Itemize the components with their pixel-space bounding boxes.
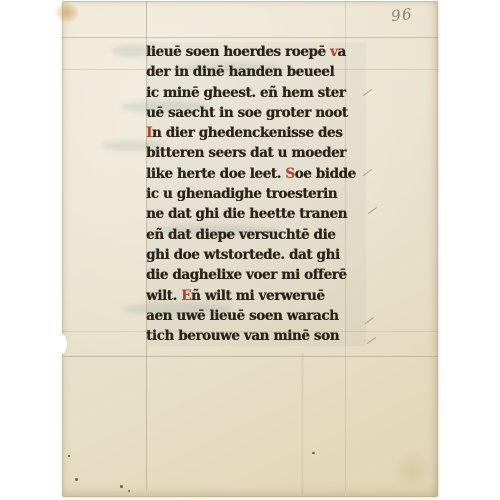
line-text: uē saecht in soe groter noot [146, 105, 348, 121]
speck [312, 452, 315, 454]
line-text: der in dinē handen beueel [146, 64, 334, 80]
text-line: die daghelixe voer mi offerē [146, 265, 366, 285]
line-text: lieuē soen hoerdes roepē [146, 44, 330, 60]
text-line: lieuē soen hoerdes roepē va [146, 42, 366, 62]
speck [68, 455, 70, 457]
rubricated-initial: E [181, 288, 191, 304]
speck [75, 478, 78, 481]
line-text: n dier ghedenckenisse des [152, 125, 342, 141]
text-line: In dier ghedenckenisse des [146, 123, 366, 143]
line-text: die daghelixe voer mi offerē [146, 267, 347, 283]
text-line: ghi doe wtstortede. dat ghi [146, 245, 366, 265]
line-text: a [337, 44, 345, 60]
folio-number: 96 [390, 5, 414, 26]
line-text: ñ wilt mi verweruē [191, 288, 325, 304]
line-text: tich berouwe van minē son [146, 328, 339, 344]
crease [302, 353, 303, 495]
text-line: like herte doe leet. Soe bidde [146, 164, 366, 184]
text-line: bitteren seers dat u moeder [146, 143, 366, 163]
ruling-line-horizontal-bottom [62, 356, 438, 357]
text-line: tich berouwe van minē son [146, 326, 366, 346]
line-text: ne dat ghi die heette tranen [146, 206, 347, 222]
text-line: ne dat ghi die heette tranen [146, 204, 366, 224]
hairline-mark [368, 207, 378, 214]
line-text: oe bidde [295, 166, 356, 182]
speck [128, 490, 130, 492]
line-text: wilt. [146, 288, 181, 304]
text-line: ic u ghenadighe troesterin [146, 184, 366, 204]
line-text: eñ dat diepe versuchtē die [146, 227, 335, 243]
line-text: ic u ghenadighe troesterin [146, 186, 337, 202]
text-line: wilt. Eñ wilt mi verweruē [146, 286, 366, 306]
text-line: ic minē gheest. eñ hem ster [146, 83, 366, 103]
photo-background: 96 lieuē soen hoerdes roepē va der in di… [0, 0, 500, 500]
stain [51, 0, 83, 26]
line-text: bitteren seers dat u moeder [146, 145, 346, 161]
speck [120, 485, 123, 488]
text-block: lieuē soen hoerdes roepē va der in dinē … [146, 42, 366, 346]
manuscript-leaf: 96 lieuē soen hoerdes roepē va der in di… [62, 1, 438, 497]
line-text: like herte doe leet. [146, 166, 285, 182]
text-line: uē saecht in soe groter noot [146, 103, 366, 123]
ruling-line-horizontal-top [62, 37, 438, 38]
rubricated-initial: S [285, 166, 294, 182]
line-text: ic minē gheest. eñ hem ster [146, 85, 345, 101]
text-line: eñ dat diepe versuchtē die [146, 225, 366, 245]
text-line: der in dinē handen beueel [146, 62, 366, 82]
line-text: aen uwē lieuē soen warach [146, 308, 339, 324]
text-line: aen uwē lieuē soen warach [146, 306, 366, 326]
edge-notch [56, 334, 67, 354]
line-text: ghi doe wtstortede. dat ghi [146, 247, 340, 263]
